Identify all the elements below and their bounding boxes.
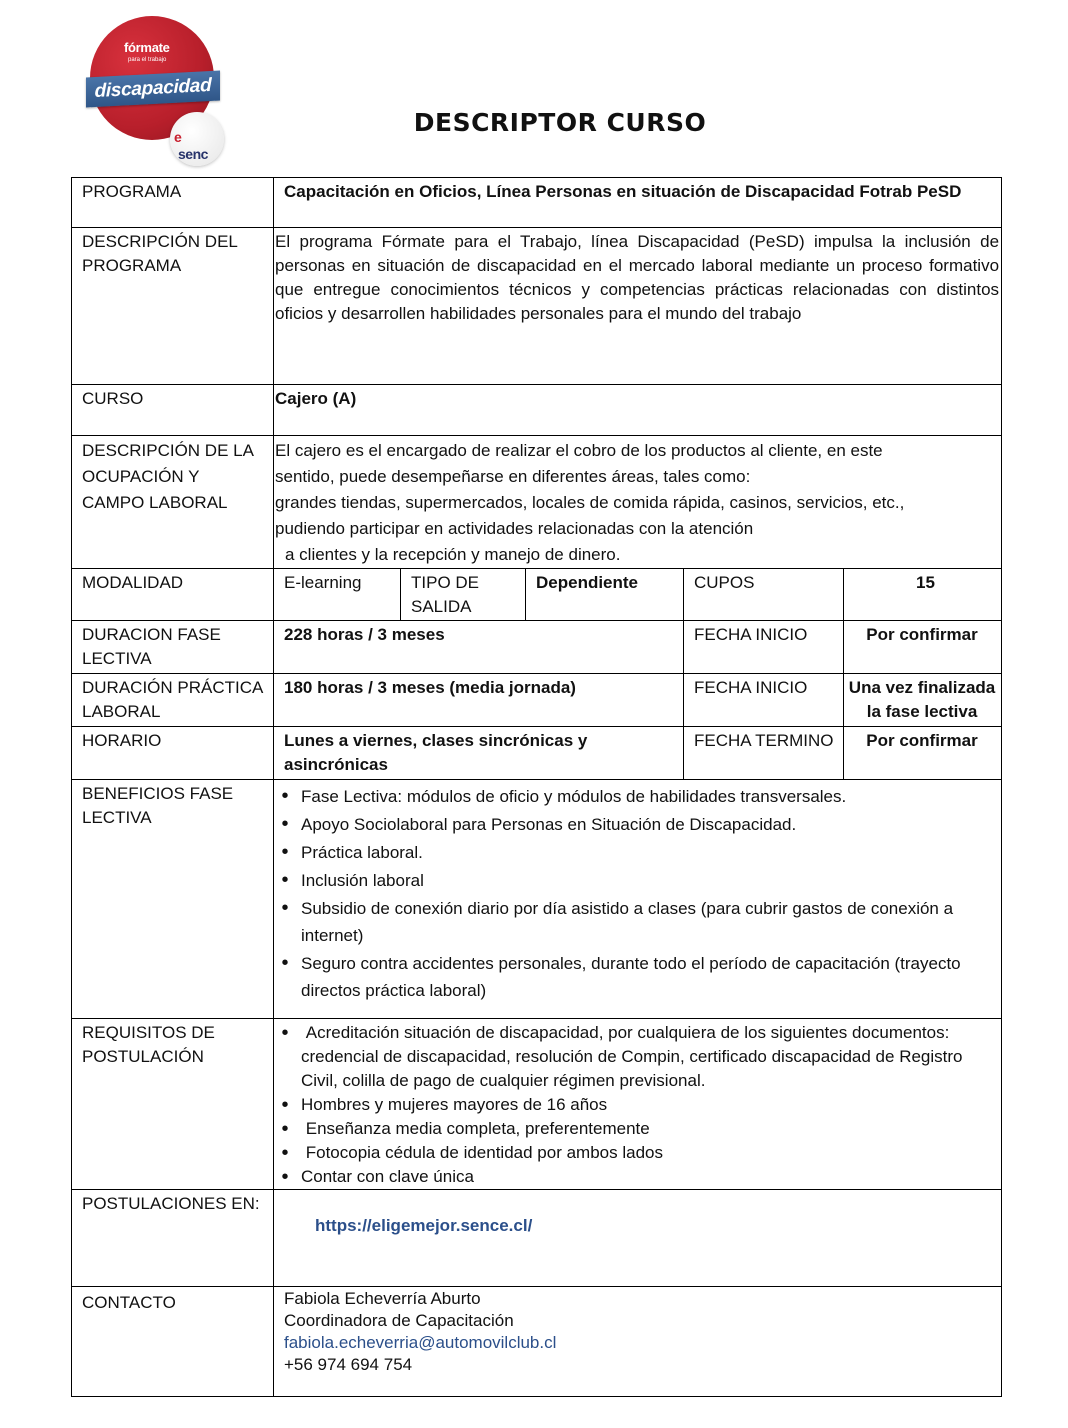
label-cupos: CUPOS [684, 569, 844, 621]
value-descripcion-programa: El programa Fórmate para el Trabajo, lín… [274, 228, 1002, 385]
contact-email-link[interactable]: fabiola.echeverria@automovilclub.cl [284, 1333, 556, 1352]
beneficios-list: Fase Lectiva: módulos de oficio y módulo… [275, 783, 999, 1004]
label-fecha-inicio-lectiva: FECHA INICIO [684, 621, 844, 674]
value-descripcion-ocupacion: El cajero es el encargado de realizar el… [274, 436, 1002, 569]
sence-text: sence [174, 129, 181, 145]
value-cupos: 15 [844, 569, 1002, 621]
label-programa: PROGRAMA [72, 178, 274, 228]
list-item: Seguro contra accidentes personales, dur… [301, 950, 999, 1004]
row-duracion-practica: DURACIÓN PRÁCTICA LABORAL 180 horas / 3 … [72, 674, 1002, 727]
course-descriptor-table: PROGRAMA Capacitación en Oficios, Línea … [71, 177, 1002, 1397]
label-curso: CURSO [72, 385, 274, 436]
value-requisitos: Acreditación situación de discapacidad, … [274, 1019, 1002, 1190]
row-beneficios: BENEFICIOS FASE LECTIVA Fase Lectiva: mó… [72, 780, 1002, 1019]
value-beneficios: Fase Lectiva: módulos de oficio y módulo… [274, 780, 1002, 1019]
label-fecha-inicio-practica: FECHA INICIO [684, 674, 844, 727]
value-fecha-inicio-practica: Una vez finalizada la fase lectiva [844, 674, 1002, 727]
label-horario: HORARIO [72, 727, 274, 780]
postulaciones-link[interactable]: https://eligemejor.sence.cl/ [315, 1216, 532, 1235]
row-postulaciones: POSTULACIONES EN: https://eligemejor.sen… [72, 1190, 1002, 1287]
label-requisitos: REQUISITOS DE POSTULACIÓN [72, 1019, 274, 1190]
contact-role: Coordinadora de Capacitación [284, 1310, 997, 1332]
logo-formate-text: fórmate [124, 40, 170, 55]
list-item: Fase Lectiva: módulos de oficio y módulo… [301, 783, 999, 810]
label-duracion-practica: DURACIÓN PRÁCTICA LABORAL [72, 674, 274, 727]
value-postulaciones: https://eligemejor.sence.cl/ [274, 1190, 1002, 1287]
row-requisitos: REQUISITOS DE POSTULACIÓN Acreditación s… [72, 1019, 1002, 1190]
label-fecha-termino: FECHA TERMINO [684, 727, 844, 780]
row-programa: PROGRAMA Capacitación en Oficios, Línea … [72, 178, 1002, 228]
row-horario: HORARIO Lunes a viernes, clases sincróni… [72, 727, 1002, 780]
contact-phone: +56 974 694 754 [284, 1354, 997, 1376]
list-item: Inclusión laboral [301, 867, 999, 894]
value-horario: Lunes a viernes, clases sincrónicas y as… [274, 727, 684, 780]
ocupacion-line: sentido, puede desempeñarse en diferente… [275, 464, 999, 490]
ocupacion-line: pudiendo participar en actividades relac… [275, 516, 999, 542]
value-duracion-practica: 180 horas / 3 meses (media jornada) [274, 674, 684, 727]
requisitos-list: Acreditación situación de discapacidad, … [275, 1021, 999, 1189]
label-contacto: CONTACTO [72, 1287, 274, 1397]
value-modalidad: E-learning [274, 569, 401, 621]
ocupacion-line: El cajero es el encargado de realizar el… [275, 438, 999, 464]
ocupacion-line: grandes tiendas, supermercados, locales … [275, 490, 999, 516]
label-beneficios: BENEFICIOS FASE LECTIVA [72, 780, 274, 1019]
list-item: Apoyo Sociolaboral para Personas en Situ… [301, 811, 999, 838]
row-modalidad: MODALIDAD E-learning TIPO DE SALIDA Depe… [72, 569, 1002, 621]
list-item: Contar con clave única [301, 1165, 999, 1189]
list-item: Hombres y mujeres mayores de 16 años [301, 1093, 999, 1117]
row-descripcion-ocupacion: DESCRIPCIÓN DE LA OCUPACIÓN Y CAMPO LABO… [72, 436, 1002, 569]
contact-name: Fabiola Echeverría Aburto [284, 1288, 997, 1310]
list-item: Subsidio de conexión diario por día asis… [301, 895, 999, 949]
value-fecha-inicio-lectiva: Por confirmar [844, 621, 1002, 674]
list-item: Práctica laboral. [301, 839, 999, 866]
label-duracion-lectiva: DURACION FASE LECTIVA [72, 621, 274, 674]
formate-discapacidad-logo: fórmate para el trabajo discapacidad sen… [86, 14, 226, 156]
page-title: DESCRIPTOR CURSO [380, 108, 740, 137]
value-programa: Capacitación en Oficios, Línea Personas … [274, 178, 1002, 228]
logo-tagline: para el trabajo [128, 57, 166, 63]
value-fecha-termino: Por confirmar [844, 727, 1002, 780]
label-modalidad: MODALIDAD [72, 569, 274, 621]
list-item: Enseñanza media completa, preferentement… [301, 1117, 999, 1141]
row-descripcion-programa: DESCRIPCIÓN DEL PROGRAMA El programa Fór… [72, 228, 1002, 385]
row-duracion-lectiva: DURACION FASE LECTIVA 228 horas / 3 mese… [72, 621, 1002, 674]
label-descripcion-ocupacion: DESCRIPCIÓN DE LA OCUPACIÓN Y CAMPO LABO… [72, 436, 274, 569]
list-item: Acreditación situación de discapacidad, … [301, 1021, 999, 1093]
label-descripcion-programa: DESCRIPCIÓN DEL PROGRAMA [72, 228, 274, 385]
row-contacto: CONTACTO Fabiola Echeverría Aburto Coord… [72, 1287, 1002, 1397]
value-duracion-lectiva: 228 horas / 3 meses [274, 621, 684, 674]
value-tipo-salida: Dependiente [526, 569, 684, 621]
row-curso: CURSO Cajero (A) [72, 385, 1002, 436]
value-curso: Cajero (A) [274, 385, 1002, 436]
list-item: Fotocopia cédula de identidad por ambos … [301, 1141, 999, 1165]
value-contacto: Fabiola Echeverría Aburto Coordinadora d… [274, 1287, 1002, 1397]
label-postulaciones: POSTULACIONES EN: [72, 1190, 274, 1287]
ocupacion-line: a clientes y la recepción y manejo de di… [275, 542, 999, 568]
sence-logo: sence [170, 112, 224, 166]
label-tipo-salida: TIPO DE SALIDA [401, 569, 526, 621]
